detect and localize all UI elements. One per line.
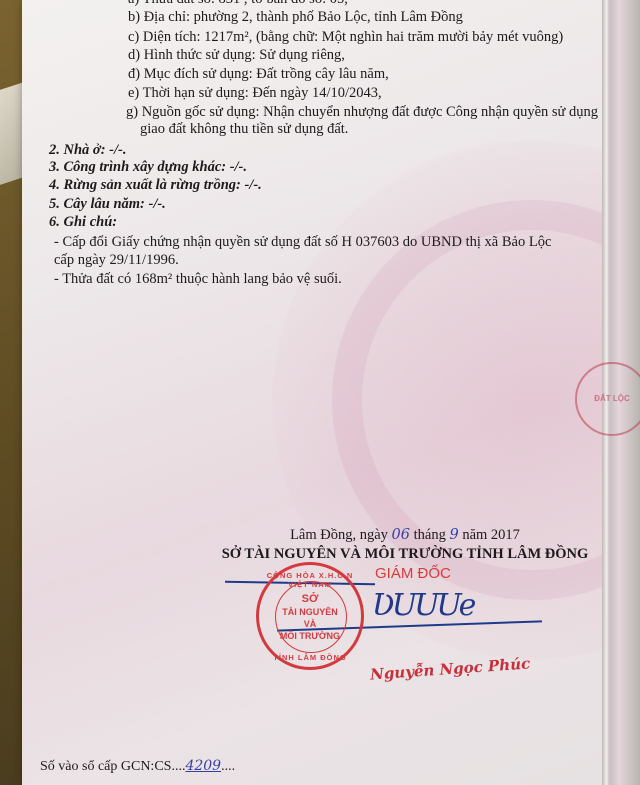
section-house: 2. Nhà ở: -/-. xyxy=(49,142,126,159)
spine-stamp: ĐẤT LỘC xyxy=(575,362,640,436)
usage-origin-line-2: giao đất không thu tiền sử dụng đất. xyxy=(140,121,348,138)
usage-origin-line: g) Nguồn gốc sử dụng: Nhận chuyển nhượng… xyxy=(126,104,602,121)
stamp-inner-ring xyxy=(275,581,347,653)
date-prefix: Lâm Đồng, ngày xyxy=(290,527,391,543)
address-line: b) Địa chỉ: phường 2, thành phố Bảo Lộc,… xyxy=(128,9,463,26)
official-stamp: CỘNG HÒA X.H.C.N VIỆT NAM SỞ TÀI NGUYÊN … xyxy=(256,562,364,670)
registry-label: Số vào sổ cấp GCN:CS xyxy=(40,759,171,774)
area-line: c) Diện tích: 1217m², (bằng chữ: Một ngh… xyxy=(128,29,563,46)
note-line-3: - Thửa đất có 168m² thuộc hành lang bảo … xyxy=(54,271,342,288)
stamp-line-4: MÔI TRƯỜNG xyxy=(259,631,361,641)
usage-purpose-line: đ) Mục đích sử dụng: Đất trồng cây lâu n… xyxy=(128,66,389,83)
stamp-line-1: SỞ xyxy=(259,593,361,605)
stamp-line-2: TÀI NGUYÊN xyxy=(259,607,361,617)
date-month: 9 xyxy=(449,527,458,543)
section-other-construction: 3. Công trình xây dựng khác: -/-. xyxy=(49,159,247,176)
usage-form-line: d) Hình thức sử dụng: Sử dụng riêng, xyxy=(128,47,345,64)
date-day: 06 xyxy=(392,527,410,543)
usage-term-line: e) Thời hạn sử dụng: Đến ngày 14/10/2043… xyxy=(128,85,382,102)
section-perennial-trees: 5. Cây lâu năm: -/-. xyxy=(49,196,166,213)
stamp-line-3: VÀ xyxy=(259,619,361,629)
date-year: năm 2017 xyxy=(459,527,520,543)
director-title: GIÁM ĐỐC xyxy=(375,565,451,582)
certificate-page: a) Thửa đất số: 831 , tờ bản đồ số: 05, … xyxy=(22,0,602,785)
registry-line: Số vào sổ cấp GCN:CS....4209.... xyxy=(40,758,235,775)
note-line-2: cấp ngày 29/11/1996. xyxy=(54,252,179,269)
section-planted-forest: 4. Rừng sản xuất là rừng trồng: -/-. xyxy=(49,177,262,194)
date-month-label: tháng xyxy=(410,527,449,543)
director-signature: ƲUUUe xyxy=(372,588,473,623)
signer-name: Nguyễn Ngọc Phúc xyxy=(370,654,531,683)
registry-number: 4209 xyxy=(185,758,221,774)
parcel-number-line: a) Thửa đất số: 831 , tờ bản đồ số: 05, xyxy=(128,0,348,8)
issuing-agency: SỞ TÀI NGUYÊN VÀ MÔI TRƯỜNG TỈNH LÂM ĐỒN… xyxy=(200,546,602,563)
date-line: Lâm Đồng, ngày 06 tháng 9 năm 2017 xyxy=(200,527,602,544)
stamp-ring-bottom: TỈNH LÂM ĐỒNG xyxy=(259,653,361,662)
note-line-1: - Cấp đổi Giấy chứng nhận quyền sử dụng … xyxy=(54,234,551,251)
section-notes-heading: 6. Ghi chú: xyxy=(49,214,117,231)
